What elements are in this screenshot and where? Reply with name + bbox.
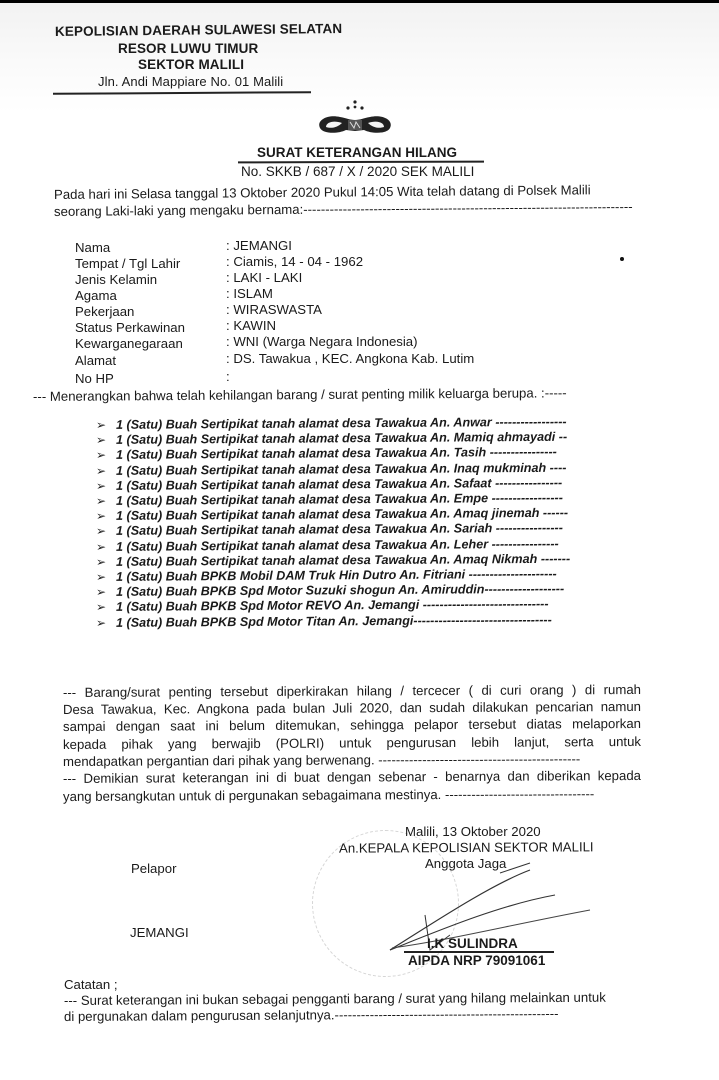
paragraph-line: --- Demikian surat keterangan ini di bua… — [63, 768, 641, 786]
paragraph-line: mendapatkan pergantian dari pihak yang b… — [63, 751, 580, 769]
bullet-arrow-icon: ➢ — [96, 479, 116, 493]
item-text: 1 (Satu) Buah Sertipikat tanah alamat de… — [116, 551, 570, 568]
header-institution: KEPOLISIAN DAERAH SULAWESI SELATAN — [55, 21, 342, 39]
header-address: Jln. Andi Mappiare No. 01 Malili — [98, 74, 283, 89]
identity-value: : LAKI - LAKI — [226, 270, 302, 285]
police-emblem-icon — [312, 98, 398, 142]
identity-value: : DS. Tawakua , KEC. Angkona Kab. Lutim — [226, 351, 474, 366]
identity-value: : JEMANGI — [226, 238, 292, 253]
paragraph-text: mendapatkan pergantian dari pihak yang b… — [63, 751, 580, 769]
bullet-arrow-icon: ➢ — [96, 555, 116, 569]
identity-value: : WIRASWASTA — [226, 302, 322, 317]
note-line-2: di pergunakan dalam pengurusan selanjutn… — [64, 1006, 559, 1024]
paragraph-line: kepada pihak yang berwajib (POLRI) untuk… — [63, 734, 641, 752]
scan-speck — [620, 257, 624, 261]
paragraph-text: --- Barang/surat penting tersebut diperk… — [63, 682, 641, 700]
bullet-arrow-icon: ➢ — [96, 463, 116, 477]
list-item: ➢1 (Satu) Buah Sertipikat tanah alamat d… — [96, 536, 559, 553]
identity-label: No HP — [75, 371, 114, 386]
list-item: ➢1 (Satu) Buah Sertipikat tanah alamat d… — [96, 460, 567, 477]
bullet-arrow-icon: ➢ — [96, 433, 116, 447]
item-text: 1 (Satu) Buah Sertipikat tanah alamat de… — [116, 460, 567, 477]
identity-value: : Ciamis, 14 - 04 - 1962 — [226, 254, 363, 269]
signature-place-date: Malili, 13 Oktober 2020 — [405, 824, 541, 839]
bullet-arrow-icon: ➢ — [96, 524, 116, 538]
identity-value: : — [226, 369, 230, 384]
identity-label: Nama — [75, 240, 110, 255]
identity-value: : KAWIN — [226, 318, 276, 333]
paragraph-line: yang bersangkutan untuk di pergunakan se… — [63, 786, 594, 804]
bullet-arrow-icon: ➢ — [96, 509, 116, 523]
identity-value: : ISLAM — [226, 286, 273, 301]
paragraph-text: kepada pihak yang berwajib (POLRI) untuk… — [63, 734, 641, 752]
bullet-arrow-icon: ➢ — [96, 615, 116, 629]
document-number: No. SKKB / 687 / X / 2020 SEK MALILI — [241, 164, 474, 179]
identity-label: Jenis Kelamin — [75, 272, 157, 287]
paragraph-text: yang bersangkutan untuk di pergunakan se… — [63, 786, 594, 804]
header-resort: RESOR LUWU TIMUR — [118, 41, 258, 56]
identity-label: Alamat — [75, 353, 116, 368]
signature-position: Anggota Jaga — [425, 856, 506, 871]
identity-label: Status Perkawinan — [75, 320, 185, 335]
document-title: SURAT KETERANGAN HILANG — [257, 145, 457, 160]
item-text: 1 (Satu) Buah Sertipikat tanah alamat de… — [116, 536, 559, 553]
bullet-arrow-icon: ➢ — [96, 539, 116, 553]
signature-on-behalf: An.KEPALA KEPOLISIAN SEKTOR MALILI — [339, 839, 594, 855]
bullet-arrow-icon: ➢ — [96, 494, 116, 508]
officer-rank-nrp: AIPDA NRP 79091061 — [408, 953, 545, 968]
bullet-arrow-icon: ➢ — [96, 570, 116, 584]
bullet-arrow-icon: ➢ — [96, 448, 116, 462]
identity-label: Agama — [75, 288, 117, 303]
identity-label: Tempat / Tgl Lahir — [75, 256, 180, 271]
note-label: Catatan ; — [64, 977, 118, 992]
paragraph-text: --- Demikian surat keterangan ini di bua… — [63, 768, 641, 786]
reporter-label: Pelapor — [131, 861, 176, 876]
bullet-arrow-icon: ➢ — [96, 418, 116, 432]
reporter-name: JEMANGI — [130, 925, 189, 940]
bullet-arrow-icon: ➢ — [96, 600, 116, 614]
identity-label: Kewarganegaraan — [75, 336, 183, 351]
item-text: 1 (Satu) Buah BPKB Spd Motor Titan An. J… — [116, 612, 552, 629]
bullet-arrow-icon: ➢ — [96, 585, 116, 599]
item-text: 1 (Satu) Buah Sertipikat tanah alamat de… — [116, 476, 562, 493]
list-item: ➢1 (Satu) Buah BPKB Spd Motor Titan An. … — [96, 612, 552, 629]
list-item: ➢1 (Satu) Buah Sertipikat tanah alamat d… — [96, 476, 562, 493]
identity-label: Pekerjaan — [75, 304, 134, 319]
header-sector: SEKTOR MALILI — [138, 57, 244, 72]
officer-name: I.K SULINDRA — [427, 936, 518, 951]
identity-value: : WNI (Warga Negara Indonesia) — [226, 334, 418, 349]
paragraph-line: --- Barang/surat penting tersebut diperk… — [63, 682, 641, 700]
